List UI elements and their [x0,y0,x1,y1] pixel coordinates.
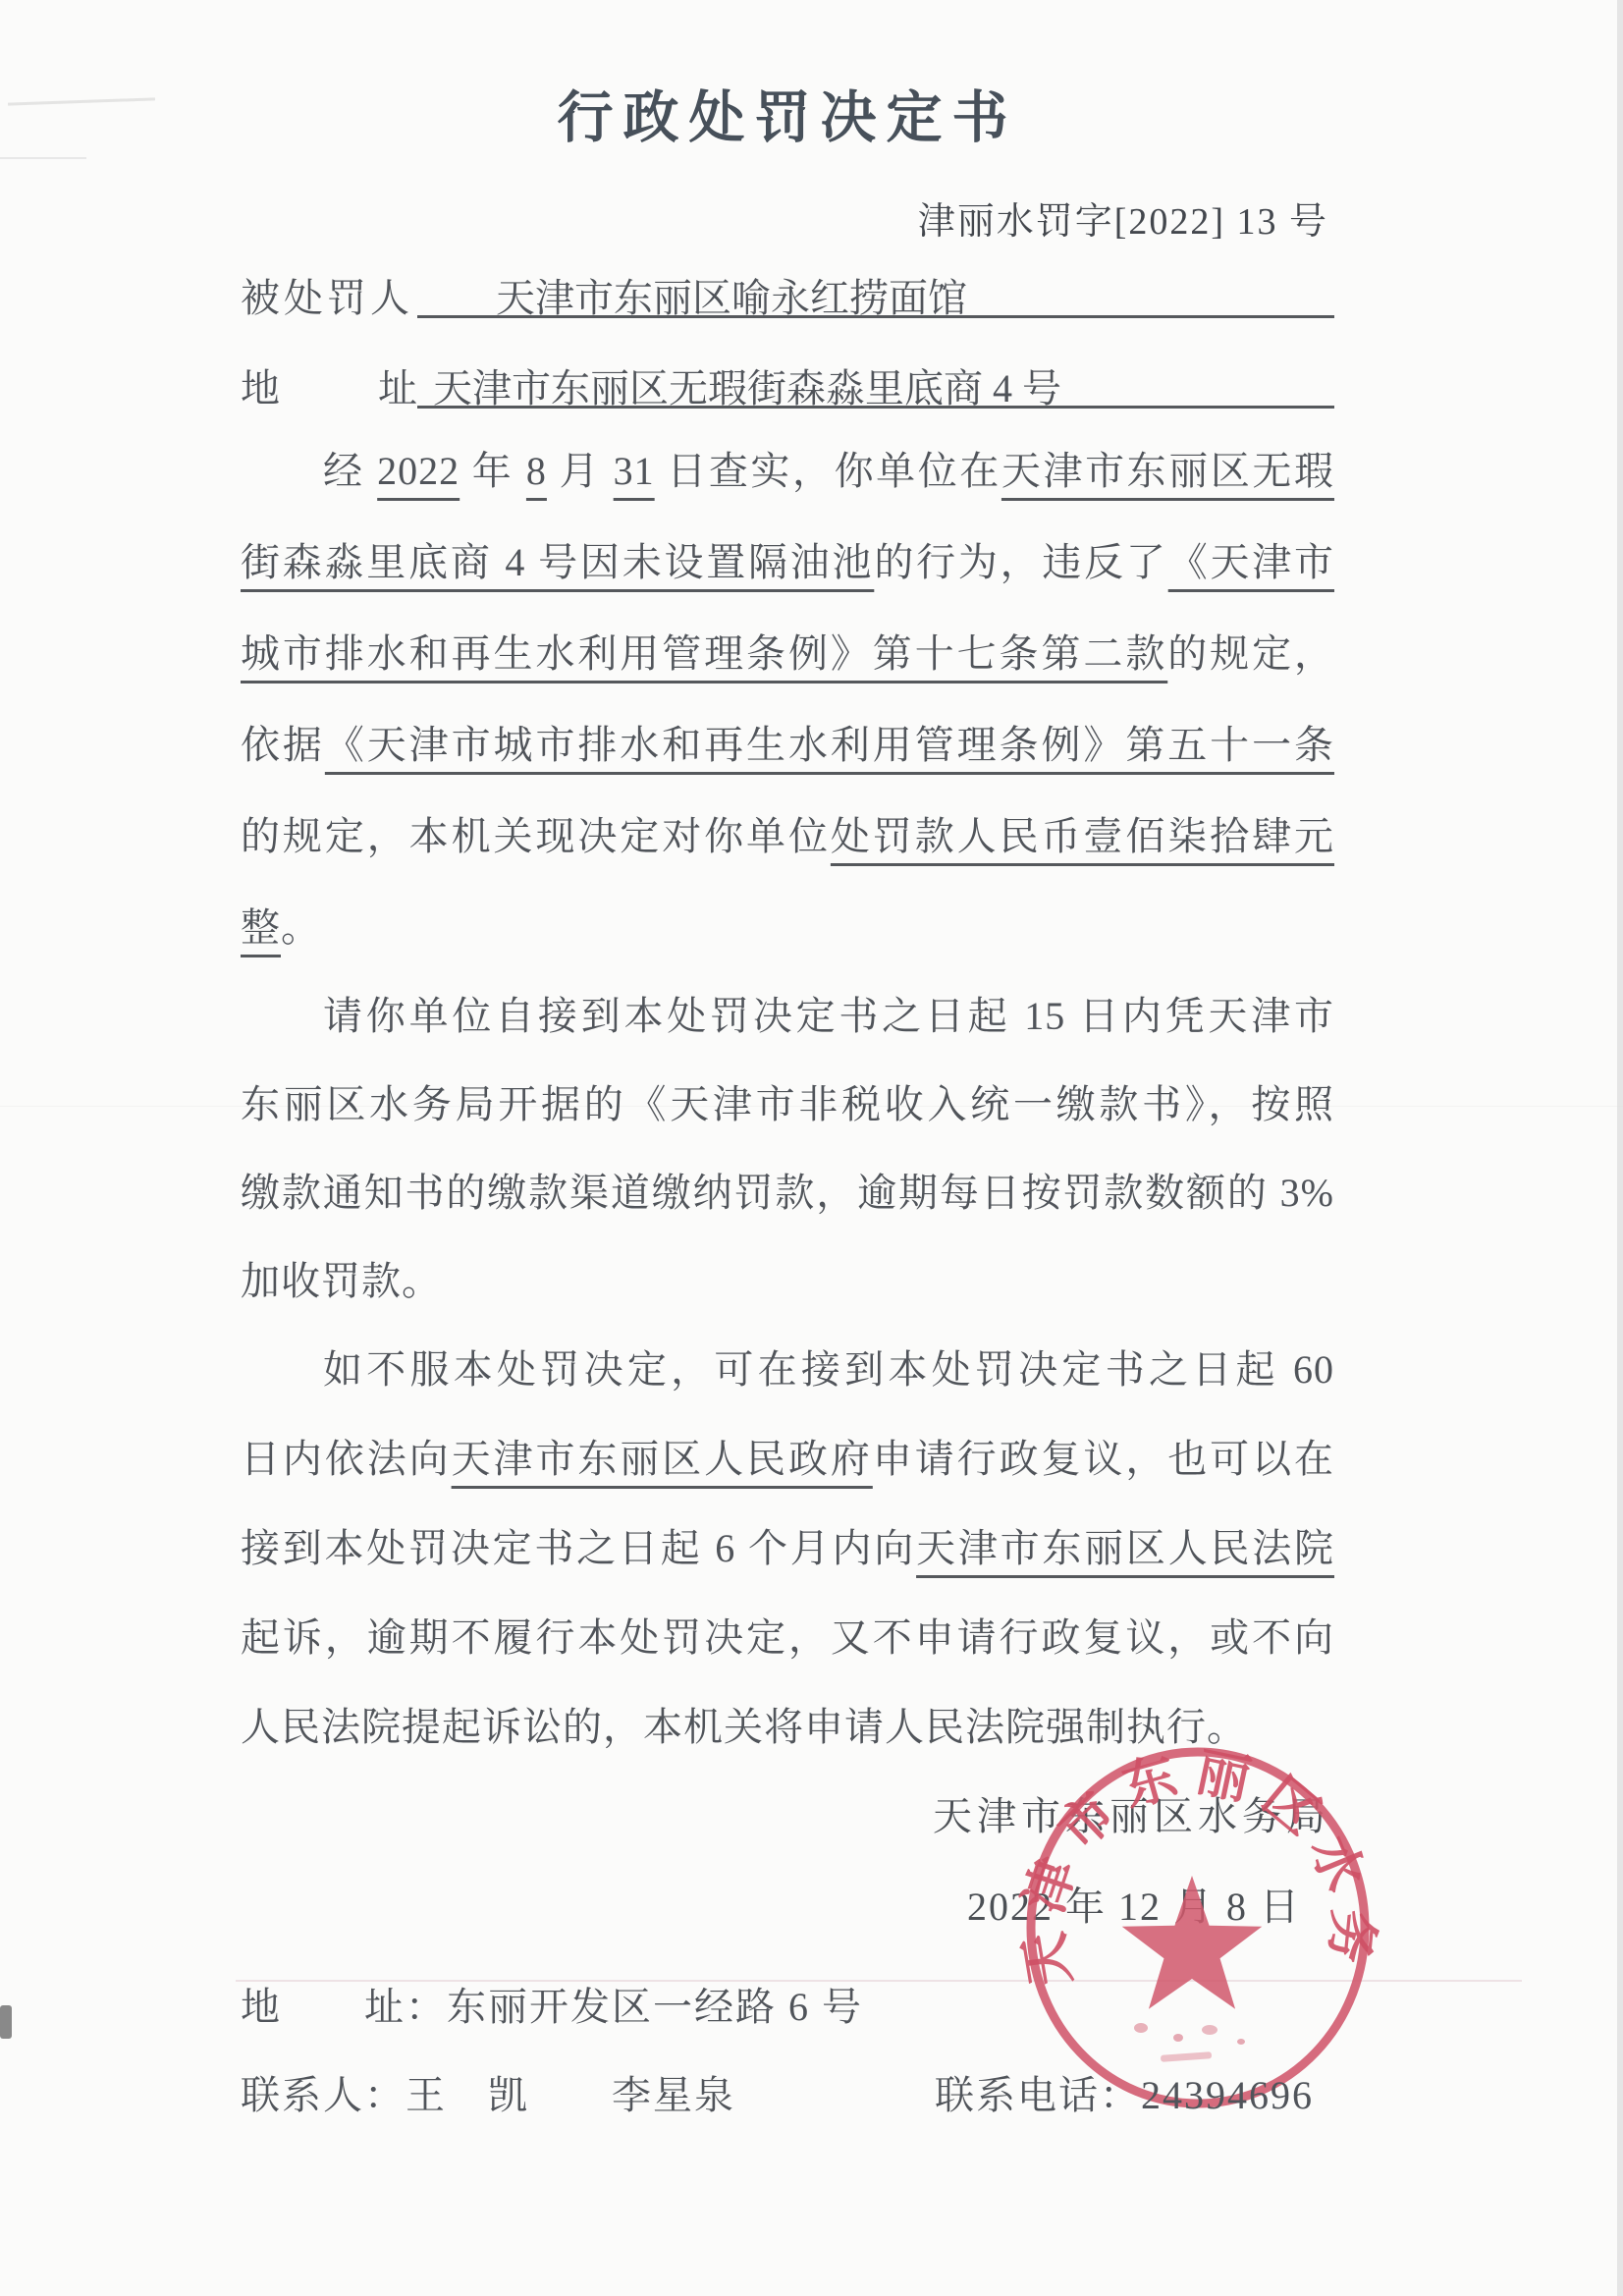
footer-address: 地 址：东丽开发区一经路 6 号 [241,1976,863,2032]
text-segment: 接到本处罚决定书之日起 6 个月内向 [241,1526,916,1570]
scan-artifact [0,157,86,159]
field-penalized-person: 被处罚人 天津市东丽区喻永红捞面馆 [241,267,1334,318]
body-line: 街森淼里底商 4 号因未设置隔油池的行为，违反了《天津市 [241,538,1334,587]
footer-contacts: 联系人：王 凯 李星泉 [241,2064,735,2120]
field-underline: 天津市东丽区无瑕街森淼里底商 4 号 [417,357,1334,409]
text-segment: 的行为，违反了 [874,540,1167,584]
text-segment: 天津市东丽区人民政府 [452,1437,873,1481]
body-line: 的规定，本机关现决定对你单位处罚款人民币壹佰柒拾肆元 [241,812,1334,861]
footer-phone-label: 联系电话： [935,2073,1141,2117]
text-segment: 城市排水和再生水利用管理条例》第十七条第二款 [241,631,1167,676]
body-line: 经 2022 年 8 月 31 日查实，你单位在天津市东丽区无瑕 [241,447,1334,496]
document-number: 津丽水罚字[2022] 13 号 [241,191,1328,245]
text-segment: 年 [460,449,526,493]
footer-contact-names: 王 凯 李星泉 [406,2073,735,2117]
body-line: 城市排水和再生水利用管理条例》第十七条第二款的规定， [241,629,1334,679]
seal-ink-smudge [1134,2023,1245,2062]
text-segment: 起诉，逾期不履行本处罚决定，又不申请行政复议，或不向 [241,1615,1334,1660]
body-line: 请你单位自接到本处罚决定书之日起 15 日内凭天津市 [241,992,1334,1041]
text-segment: 的规定，本机关现决定对你单位 [241,814,831,858]
text-segment: 街森淼里底商 4 号因未设置隔油池 [241,540,874,584]
text-segment: 31 [614,449,655,493]
footer-contact-label: 联系人： [241,2073,406,2117]
field-underline: 天津市东丽区喻永红捞面馆 [417,267,1334,318]
text-segment: 经 [323,449,377,493]
body-line: 接到本处罚决定书之日起 6 个月内向天津市东丽区人民法院 [241,1524,1334,1573]
text-segment: 《天津市城市排水和再生水利用管理条例》第五十一条 [325,723,1334,767]
field-label-char: 址 [378,357,417,409]
body-line: 起诉，逾期不履行本处罚决定，又不申请行政复议，或不向 [241,1613,1334,1663]
text-segment: 申请行政复议，也可以在 [873,1437,1334,1481]
body-line: 整。 [241,903,1334,953]
footer-phone: 联系电话：24394696 [935,2064,1314,2120]
text-segment: 处罚款人民币壹佰柒拾肆元 [831,814,1334,858]
text-segment: 日内依法向 [241,1437,452,1481]
body-line: 缴款通知书的缴款渠道缴纳罚款，逾期每日按罚款数额的 3% [241,1169,1334,1218]
official-seal-stamp: 天津市东丽区水务局 [1011,1736,1384,2119]
text-segment: 缴款通知书的缴款渠道缴纳罚款，逾期每日按罚款数额的 3% [241,1171,1334,1215]
scan-artifact [8,97,155,105]
text-segment: 依据 [241,723,325,767]
field-label: 被处罚人 [241,267,417,318]
text-segment: 月 [547,449,614,493]
scan-artifact [0,2005,12,2039]
text-segment: 加收罚款。 [241,1259,442,1303]
penalty-decision-document: 行政处罚决定书 津丽水罚字[2022] 13 号 被处罚人 天津市东丽区喻永红捞… [0,0,1623,2296]
text-segment: 请你单位自接到本处罚决定书之日起 15 日内凭天津市 [323,994,1334,1038]
field-value: 天津市东丽区无瑕街森淼里底商 4 号 [417,366,1061,410]
field-label-char: 地 [241,357,280,409]
footer-address-label: 地 址： [241,1985,447,2029]
footer-phone-value: 24394696 [1141,2073,1314,2117]
field-address: 地址 天津市东丽区无瑕街森淼里底商 4 号 [241,357,1334,409]
seal-star-icon [1122,1876,1263,2009]
text-segment: 的规定， [1167,631,1334,676]
field-label: 地址 [241,357,417,409]
body-line: 加收罚款。 [241,1257,1334,1306]
body-line: 如不服本处罚决定，可在接到本处罚决定书之日起 60 [241,1345,1334,1394]
text-segment: 日查实，你单位在 [655,449,1001,493]
body-line: 依据《天津市城市排水和再生水利用管理条例》第五十一条 [241,721,1334,770]
text-segment: 天津市东丽区无瑕 [1001,449,1334,493]
text-segment: 2022 [377,449,460,493]
body-line: 东丽区水务局开据的《天津市非税收入统一缴款书》，按照 [241,1080,1334,1129]
footer-address-value: 东丽开发区一经路 6 号 [447,1985,863,2029]
text-segment: 。 [281,905,321,950]
text-segment: 如不服本处罚决定，可在接到本处罚决定书之日起 60 [323,1347,1334,1392]
text-segment: 整 [241,905,281,950]
page-title: 行政处罚决定书 [241,73,1334,153]
text-segment: 8 [526,449,547,493]
scan-artifact [1617,0,1623,2296]
text-segment: 天津市东丽区人民法院 [916,1526,1334,1570]
text-segment: 《天津市 [1168,540,1334,584]
body-line: 日内依法向天津市东丽区人民政府申请行政复议，也可以在 [241,1435,1334,1484]
field-value: 天津市东丽区喻永红捞面馆 [417,276,967,320]
text-segment: 东丽区水务局开据的《天津市非税收入统一缴款书》，按照 [241,1082,1334,1126]
